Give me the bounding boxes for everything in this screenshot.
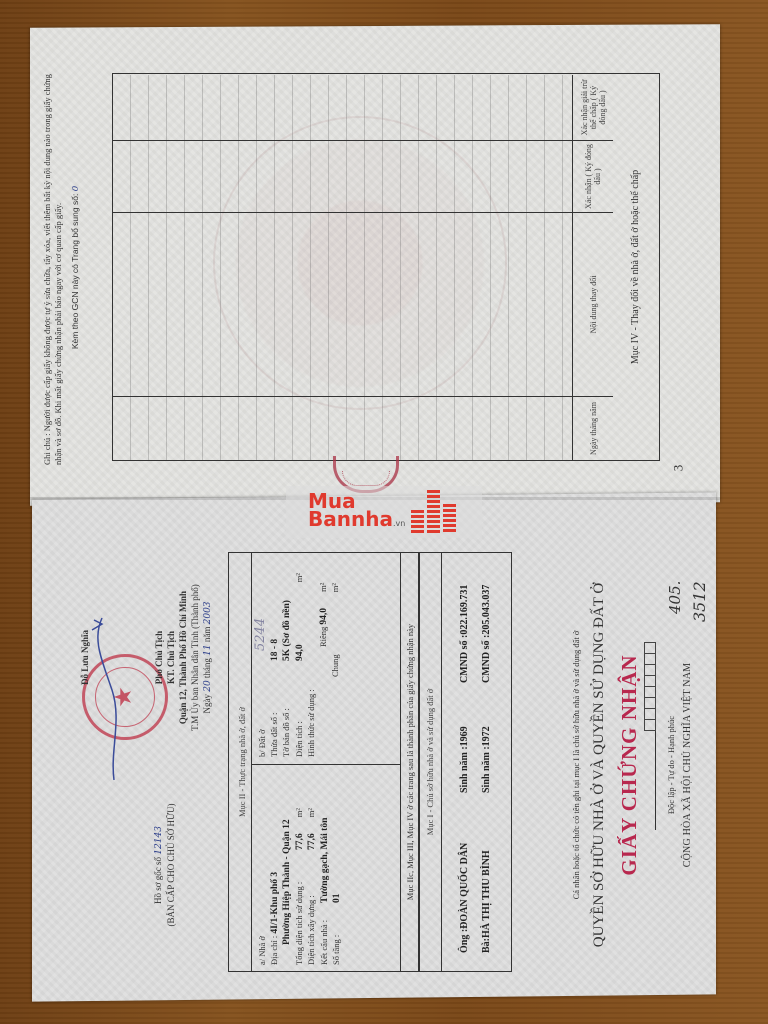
supplement-line: Kèm theo GCN này có Trang bổ sung số: 0: [70, 70, 82, 465]
section-iv-table: Ngày tháng năm Nội dung thay đổi Xác nhậ…: [112, 73, 660, 461]
watermark-text: Mua Bannha.vn: [286, 492, 405, 533]
archive-label: Hồ sơ gốc số: [153, 857, 163, 904]
built-area-row: Diện tích xây dựng :77,6 m²: [306, 765, 319, 965]
section-ii-heading: Mục II - Thực trạng nhà ở, đất ở: [237, 553, 247, 971]
built-area-label: Diện tích xây dựng :: [306, 850, 318, 965]
total-area-label: Tổng diện tích sử dụng :: [294, 850, 306, 965]
total-area-row: Tổng diện tích sử dụng :77,6 m²: [294, 765, 307, 965]
owner-name: Ông :ĐOÀN QUỐC DÂN: [459, 793, 470, 953]
address-line-2: Phường Hiệp Thành - Quận 12: [282, 819, 292, 945]
serial-box: [644, 675, 656, 687]
issue-day: 20: [203, 680, 213, 691]
section-ii-footer: Mục IIc, Mục III, Mục IV ở các trang sau…: [405, 553, 415, 971]
watermark-suffix: .vn: [393, 519, 405, 528]
divider: [251, 553, 252, 971]
built-area-value: 77,6: [307, 833, 317, 850]
plot-value: 18 - 8: [270, 639, 280, 661]
column-body: [113, 397, 573, 460]
unit: m²: [318, 583, 328, 592]
address-label: Địa chỉ :: [269, 936, 279, 965]
plot-row: Thửa đất số :18 - 8: [269, 557, 282, 757]
private-value: 94,0: [319, 608, 329, 625]
issue-date: Ngày 20 tháng 11 năm 2003: [202, 540, 214, 775]
page-number: 3: [670, 465, 686, 472]
column-body: [113, 141, 573, 212]
supplement-value: 0: [71, 186, 81, 191]
house-details: a/ Nhà ở Địa chỉ : 4I/1-Khu phố 3 Phường…: [257, 765, 344, 965]
archive-number: 12143: [154, 826, 164, 855]
column-body: [113, 75, 573, 140]
serial-box: [644, 708, 656, 720]
section-i-heading: Mục I - Chủ sở hữu nhà ở và sử dụng đất …: [425, 553, 435, 971]
column-header: Xác nhận ( Ký đóng dấu ): [572, 141, 613, 212]
divider: [400, 553, 401, 971]
section-iv-columns: Ngày tháng năm Nội dung thay đổi Xác nhậ…: [113, 74, 613, 460]
watermark-line-2: Bannha: [308, 507, 393, 531]
authority-line-2: Quận 12, Thành Phố Hồ Chí Minh: [178, 540, 189, 775]
owner-id: CMND số :205.043.037: [481, 585, 492, 683]
usage-label: Hình thức sử dụng :: [306, 557, 318, 757]
handwritten-number-2: 405.: [666, 581, 684, 614]
serial-box: [644, 686, 656, 698]
serial-box: [644, 664, 656, 676]
structure-row: Kết cấu nhà :Tường gạch, Mái tôn: [319, 765, 332, 965]
land-details: b/ Đất ở Thửa đất số :18 - 8 Tờ bản đồ s…: [257, 557, 342, 757]
serial-box: [644, 642, 656, 654]
month-prefix: tháng: [202, 658, 212, 678]
divider: [441, 553, 442, 971]
house-label: a/ Nhà ở: [257, 765, 269, 965]
column-header: Ngày tháng năm: [572, 397, 613, 460]
motto-underline: [655, 730, 656, 830]
issue-year: 2003: [203, 601, 213, 624]
shared-label: Chung: [330, 654, 340, 677]
map-label: Tờ bản đồ số :: [281, 661, 293, 757]
land-area-row: Diện tích :94,0 m²: [294, 557, 307, 757]
private-label: Riêng: [318, 627, 328, 647]
unit: m²: [330, 583, 340, 592]
owner-row: Bà:HÀ THỊ THU BÌNHSinh năm :1972CMND số …: [481, 585, 492, 953]
serial-box: [644, 653, 656, 665]
address-row-2: Phường Hiệp Thành - Quận 12: [281, 765, 294, 965]
structure-value: Tường gạch, Mái tôn: [320, 818, 330, 903]
column-date: Ngày tháng năm: [113, 396, 613, 460]
site-watermark: Mua Bannha.vn: [286, 486, 482, 538]
column-release: Xác nhận giải trừ thế chấp ( Ký đóng dấu…: [113, 75, 613, 140]
issue-month: 11: [203, 644, 213, 655]
authority-line-1: T.M Ủy ban Nhân dân Tỉnh (Thành phố): [190, 540, 201, 775]
signature-area: Hồ sơ gốc số 12143 (BẢN CẤP CHO CHỦ SỞ H…: [52, 540, 228, 990]
owner-row: Ông :ĐOÀN QUỐC DÂNSinh năm :1969CMND số …: [459, 585, 470, 953]
address-line-1: 4I/1-Khu phố 3: [270, 872, 280, 934]
unit: m²: [294, 808, 304, 817]
serial-box: [644, 719, 656, 731]
map-row: Tờ bản đồ số :5K (Sơ đồ nền): [281, 557, 294, 757]
column-content: Nội dung thay đổi: [113, 212, 613, 396]
owner-birth-year: Sinh năm :1969: [459, 683, 470, 793]
building-logo-icon: [411, 490, 457, 534]
map-value: 5K (Sơ đồ nền): [282, 600, 292, 661]
signature-stroke: [52, 610, 172, 790]
copy-note: (BẢN CẤP CHO CHỦ SỞ HỮU): [165, 780, 177, 950]
archive-info: Hồ sơ gốc số 12143 (BẢN CẤP CHO CHỦ SỞ H…: [152, 780, 177, 950]
note-text: Ghi chú : Người được cấp giấy không được…: [42, 70, 82, 465]
certificate-subtitle: QUYỀN SỞ HỮU NHÀ Ở VÀ QUYỀN SỬ DỤNG ĐẤT …: [591, 540, 608, 990]
unit: m²: [306, 808, 316, 817]
section-iv-title: Mục IV - Thay đổi về nhà ở, đất ở hoặc t…: [613, 74, 657, 460]
column-header: Xác nhận giải trừ thế chấp ( Ký đóng dấu…: [572, 75, 613, 140]
supplement-label: Kèm theo GCN này có Trang bổ sung số:: [70, 194, 80, 349]
certificate-title: GIẤY CHỨNG NHẬN: [617, 540, 642, 990]
certificate-header: CỘNG HÒA XÃ HỘI CHỦ NGHĨA VIỆT NAM Độc l…: [514, 540, 714, 990]
address-row: Địa chỉ : 4I/1-Khu phố 3: [269, 765, 282, 965]
owner-birth-year: Sinh năm :1972: [481, 683, 492, 793]
land-area-value: 94,0: [295, 644, 305, 661]
section-ii-property: Mục II - Thực trạng nhà ở, đất ở 5244 a/…: [228, 552, 420, 972]
year-prefix: năm: [202, 627, 212, 643]
date-prefix: Ngày: [202, 694, 212, 714]
owner-name: Bà:HÀ THỊ THU BÌNH: [481, 793, 492, 953]
section-iv-page: Ghi chú : Người được cấp giấy không được…: [40, 70, 665, 475]
serial-box: [644, 697, 656, 709]
handwritten-number-1: 3512: [690, 581, 709, 622]
floors-value: 01: [332, 894, 342, 904]
certificate-description: Cá nhân hoặc tổ chức có tên ghi tại mục …: [571, 540, 581, 990]
column-body: [113, 213, 573, 396]
shared-row: Chung m²: [330, 557, 342, 757]
column-header: Nội dung thay đổi: [572, 213, 613, 396]
note-body: Ghi chú : Người được cấp giấy không được…: [42, 74, 63, 465]
section-i-owners: Mục I - Chủ sở hữu nhà ở và sử dụng đất …: [418, 552, 512, 972]
serial-number-boxes: [644, 642, 656, 730]
unit: m²: [294, 573, 304, 582]
land-area-label: Diện tích :: [294, 661, 306, 757]
total-area-value: 77,6: [295, 833, 305, 850]
column-confirm: Xác nhận ( Ký đóng dấu ): [113, 140, 613, 212]
floors-row: Số tầng :01: [331, 765, 344, 965]
structure-label: Kết cấu nhà :: [319, 903, 331, 965]
floors-label: Số tầng :: [331, 903, 343, 965]
owner-id: CMND số :022.169.731: [459, 585, 470, 683]
land-label: b/ Đất ở: [257, 557, 269, 757]
archive-row: Hồ sơ gốc số 12143: [152, 780, 165, 950]
private-row: Riêng 94,0 m²: [318, 557, 331, 757]
plot-label: Thửa đất số :: [269, 661, 281, 757]
certificate-main-page: CỘNG HÒA XÃ HỘI CHỦ NGHĨA VIỆT NAM Độc l…: [52, 540, 722, 990]
